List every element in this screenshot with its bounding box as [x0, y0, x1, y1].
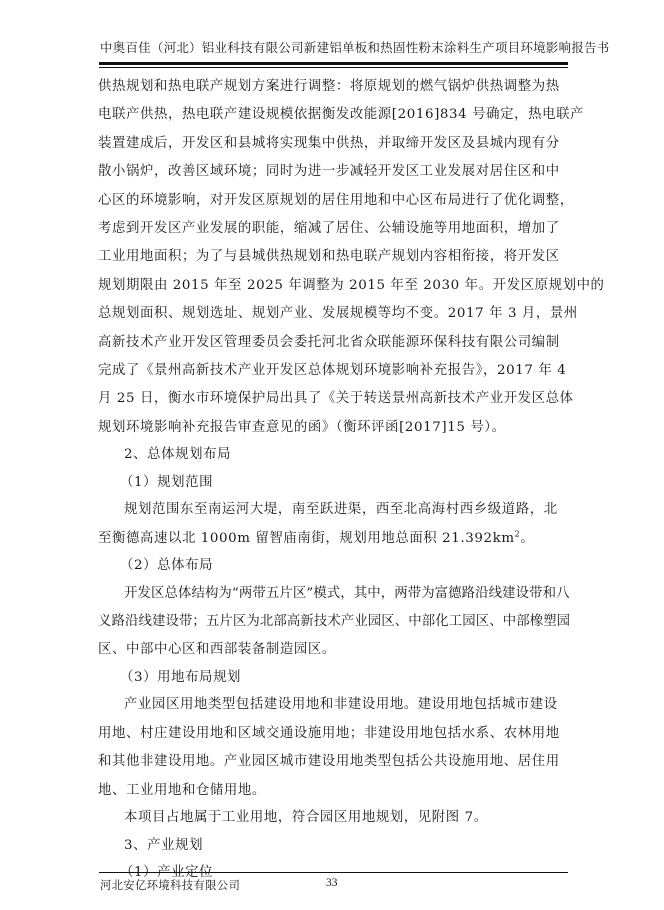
paragraph-line: 供热规划和热电联产规划方案进行调整：将原规划的燃气锅炉供热调整为热	[98, 80, 570, 108]
footer-company: 河北安亿环境科技有限公司	[100, 877, 240, 893]
project-note: 本项目占地属于工业用地，符合园区用地规划，见附图 7。	[98, 811, 570, 839]
paragraph-line: 区、中部中心区和西部装备制造园区。	[98, 643, 570, 671]
paragraph-line: 高新技术产业开发区管理委员会委托河北省众联能源环保科技有限公司编制	[98, 336, 570, 364]
paragraph-line: 考虑到开发区产业发展的职能，缩减了居住、公辅设施等用地面积，增加了	[98, 222, 570, 250]
paragraph-line: 电联产供热，热电联产建设规模依据衡发改能源[2016]834 号确定，热电联产	[98, 108, 570, 136]
paragraph-line: 心区的环境影响，对开发区原规划的居住用地和中心区布局进行了优化调整，	[98, 194, 570, 222]
paragraph-line-area: 至衡德高速以北 1000m 留智庙南街，规划用地总面积 21.392km2。	[98, 532, 570, 560]
subsection-heading-land-use: （3）用地布局规划	[98, 671, 570, 699]
document-header-title: 中奥百佳（河北）铝业科技有限公司新建铝单板和热固性粉末涂料生产项目环境影响报告书	[100, 38, 568, 56]
paragraph-line: 装置建成后，开发区和县城将实现集中供热，并取缔开发区及县城内现有分	[98, 137, 570, 165]
paragraph-line: 地、工业用地和仓储用地。	[98, 784, 570, 812]
paragraph-line: 总规划面积、规划选址、规划产业、发展规模等均不变。2017 年 3 月，景州	[98, 307, 570, 335]
section-heading-2: 2、总体规划布局	[98, 448, 570, 476]
period: 。	[520, 531, 534, 546]
paragraph-line: 完成了《景州高新技术产业开发区总体规划环境影响补充报告》，2017 年 4	[98, 364, 570, 392]
paragraph-line: 产业园区用地类型包括建设用地和非建设用地。建设用地包括城市建设	[98, 698, 570, 726]
paragraph-line: 义路沿线建设带；五片区为北部高新技术产业园区、中部化工园区、中部橡塑园	[98, 615, 570, 643]
header-rule-thin	[99, 67, 568, 68]
document-body: 供热规划和热电联产规划方案进行调整：将原规划的燃气锅炉供热调整为热 电联产供热，…	[98, 80, 570, 894]
subsection-heading-overall-layout: （2）总体布局	[98, 559, 570, 587]
paragraph-line: 规划期限由 2015 年至 2025 年调整为 2015 年至 2030 年。开…	[98, 279, 570, 307]
paragraph-line: 规划环境影响补充报告审查意见的函》（衡环评函[2017]15 号）。	[98, 421, 570, 449]
footer-rule	[99, 872, 568, 873]
paragraph-line: 用地、村庄建设用地和区域交通设施用地；非建设用地包括水系、农林用地	[98, 727, 570, 755]
section-heading-3: 3、产业规划	[98, 839, 570, 867]
area-text: 至衡德高速以北 1000m 留智庙南街，规划用地总面积 21.392km	[98, 531, 515, 546]
paragraph-line: 规划范围东至南运河大堤，南至跃进渠，西至北高海村西乡级道路，北	[98, 503, 570, 531]
header-rule-thick	[99, 62, 568, 65]
paragraph-line: 月 25 日，衡水市环境保护局出具了《关于转送景州高新技术产业开发区总体	[98, 392, 570, 420]
paragraph-line: 和其他非建设用地。产业园区城市建设用地类型包括公共设施用地、居住用	[98, 755, 570, 783]
paragraph-line: 工业用地面积；为了与县城供热规划和热电联产规划内容相衔接，将开发区	[98, 250, 570, 278]
subsection-heading-planning-scope: （1）规划范围	[98, 476, 570, 504]
paragraph-line: 散小锅炉，改善区域环境；同时为进一步减轻开发区工业发展对居住区和中	[98, 165, 570, 193]
paragraph-line: 开发区总体结构为“两带五片区”模式，其中，两带为富德路沿线建设带和八	[98, 587, 570, 615]
page-number: 33	[326, 877, 338, 889]
